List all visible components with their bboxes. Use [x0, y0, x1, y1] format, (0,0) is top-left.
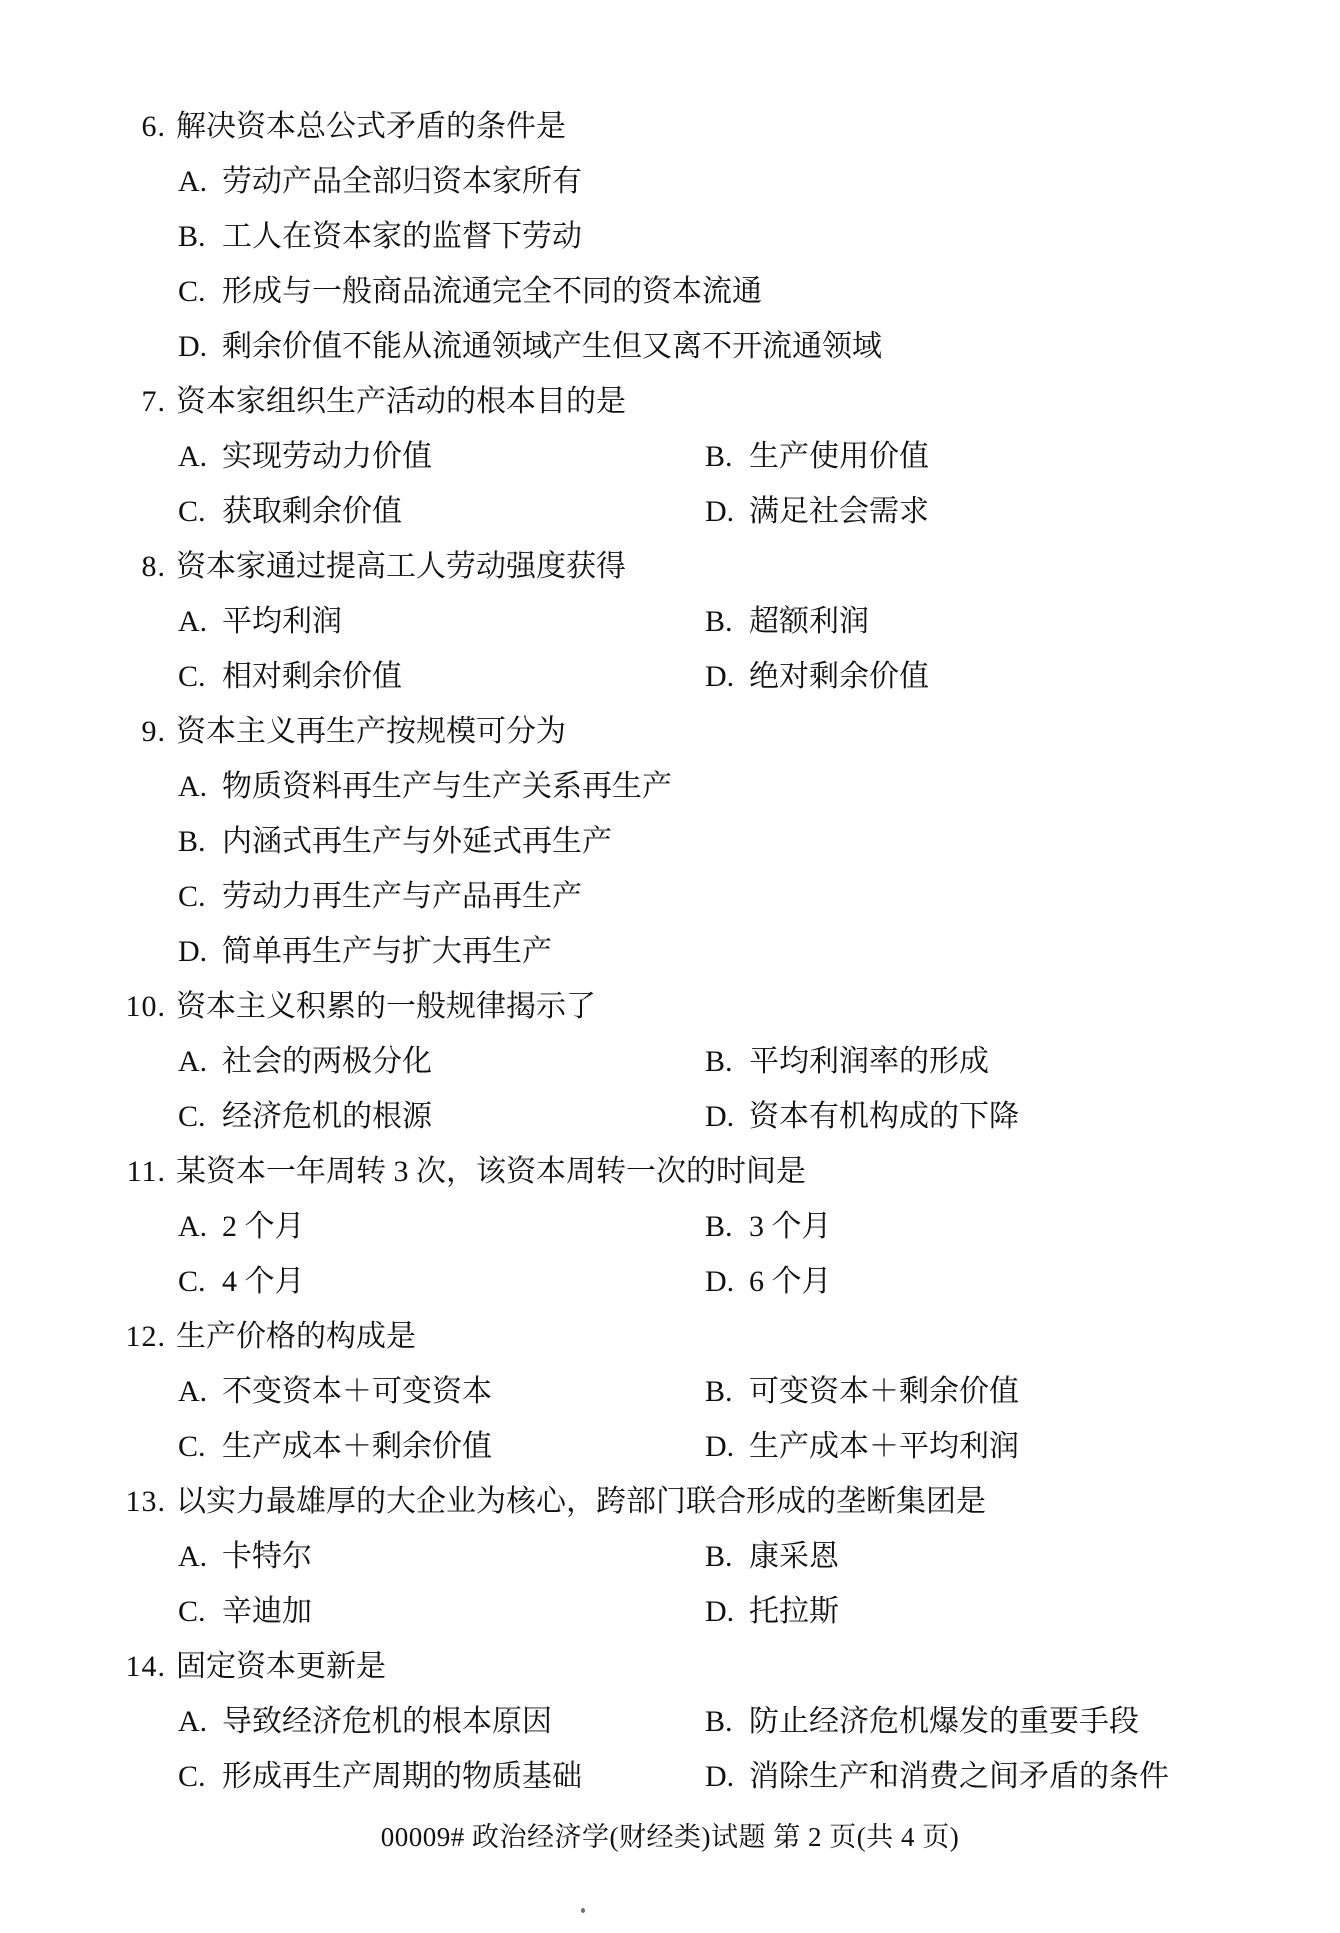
option-text: 生产成本＋剩余价值	[222, 1430, 492, 1464]
option-row: A. 劳动产品全部归资本家所有	[0, 165, 1340, 199]
option-row: A. 不变资本＋可变资本 B. 可变资本＋剩余价值	[0, 1375, 1340, 1409]
option-key: D.	[705, 1430, 749, 1464]
option-key: B.	[705, 1045, 749, 1079]
option-text: 社会的两极分化	[222, 1045, 432, 1079]
option-key: A.	[178, 1045, 222, 1079]
option-key: C.	[178, 495, 222, 529]
option-row: C. 4 个月 D. 6 个月	[0, 1265, 1340, 1299]
option-row: D. 简单再生产与扩大再生产	[0, 935, 1340, 969]
option-key: A.	[178, 1705, 222, 1739]
scan-speck	[581, 1908, 585, 1913]
question-stem: 12. 生产价格的构成是	[0, 1320, 1340, 1354]
option-text: 导致经济危机的根本原因	[222, 1705, 552, 1739]
option-9-c: C. 劳动力再生产与产品再生产	[178, 880, 582, 914]
option-10-b: B. 平均利润率的形成	[705, 1045, 1340, 1079]
option-text: 满足社会需求	[749, 495, 929, 529]
question-text: 解决资本总公式矛盾的条件是	[176, 110, 566, 144]
question-number: 11.	[0, 1155, 166, 1189]
option-key: A.	[178, 770, 222, 804]
option-6-c: C. 形成与一般商品流通完全不同的资本流通	[178, 275, 762, 309]
option-10-a: A. 社会的两极分化	[178, 1045, 705, 1079]
option-7-c: C. 获取剩余价值	[178, 495, 705, 529]
question-stem: 11. 某资本一年周转 3 次，该资本周转一次的时间是	[0, 1155, 1340, 1189]
option-12-d: D. 生产成本＋平均利润	[705, 1430, 1340, 1464]
option-8-c: C. 相对剩余价值	[178, 660, 705, 694]
option-key: A.	[178, 1540, 222, 1574]
option-row: D. 剩余价值不能从流通领域产生但又离不开流通领域	[0, 330, 1340, 364]
option-key: B.	[178, 825, 222, 859]
option-text: 超额利润	[749, 605, 869, 639]
question-text: 固定资本更新是	[176, 1650, 386, 1684]
option-10-d: D. 资本有机构成的下降	[705, 1100, 1340, 1134]
question-stem: 6. 解决资本总公式矛盾的条件是	[0, 110, 1340, 144]
option-row: C. 经济危机的根源 D. 资本有机构成的下降	[0, 1100, 1340, 1134]
option-row: B. 工人在资本家的监督下劳动	[0, 220, 1340, 254]
option-11-b: B. 3 个月	[705, 1210, 1340, 1244]
option-text: 物质资料再生产与生产关系再生产	[222, 770, 672, 804]
question-number: 6.	[0, 110, 166, 144]
option-text: 防止经济危机爆发的重要手段	[749, 1705, 1139, 1739]
option-key: A.	[178, 605, 222, 639]
option-14-d: D. 消除生产和消费之间矛盾的条件	[705, 1760, 1340, 1794]
option-12-b: B. 可变资本＋剩余价值	[705, 1375, 1340, 1409]
option-13-d: D. 托拉斯	[705, 1595, 1340, 1629]
option-text: 2 个月	[222, 1210, 305, 1244]
option-13-a: A. 卡特尔	[178, 1540, 705, 1574]
option-text: 资本有机构成的下降	[749, 1100, 1019, 1134]
option-text: 卡特尔	[222, 1540, 312, 1574]
option-text: 劳动产品全部归资本家所有	[222, 165, 582, 199]
option-key: D.	[705, 1100, 749, 1134]
option-key: B.	[705, 1705, 749, 1739]
question-stem: 7. 资本家组织生产活动的根本目的是	[0, 385, 1340, 419]
option-row: C. 获取剩余价值 D. 满足社会需求	[0, 495, 1340, 529]
option-row: C. 生产成本＋剩余价值 D. 生产成本＋平均利润	[0, 1430, 1340, 1464]
option-text: 劳动力再生产与产品再生产	[222, 880, 582, 914]
option-14-a: A. 导致经济危机的根本原因	[178, 1705, 705, 1739]
option-text: 康采恩	[749, 1540, 839, 1574]
option-key: D.	[705, 495, 749, 529]
option-key: C.	[178, 1595, 222, 1629]
option-11-a: A. 2 个月	[178, 1210, 705, 1244]
option-key: D.	[178, 935, 222, 969]
option-text: 经济危机的根源	[222, 1100, 432, 1134]
option-key: D.	[705, 1595, 749, 1629]
option-key: B.	[705, 1540, 749, 1574]
option-row: A. 社会的两极分化 B. 平均利润率的形成	[0, 1045, 1340, 1079]
option-key: C.	[178, 1265, 222, 1299]
option-row: A. 卡特尔 B. 康采恩	[0, 1540, 1340, 1574]
option-text: 辛迪加	[222, 1595, 312, 1629]
option-row: A. 2 个月 B. 3 个月	[0, 1210, 1340, 1244]
option-6-b: B. 工人在资本家的监督下劳动	[178, 220, 582, 254]
option-12-a: A. 不变资本＋可变资本	[178, 1375, 705, 1409]
option-key: D.	[178, 330, 222, 364]
question-number: 7.	[0, 385, 166, 419]
option-13-c: C. 辛迪加	[178, 1595, 705, 1629]
option-9-a: A. 物质资料再生产与生产关系再生产	[178, 770, 672, 804]
option-key: B.	[705, 605, 749, 639]
option-row: A. 物质资料再生产与生产关系再生产	[0, 770, 1340, 804]
option-key: C.	[178, 1430, 222, 1464]
option-11-d: D. 6 个月	[705, 1265, 1340, 1299]
option-text: 平均利润率的形成	[749, 1045, 989, 1079]
option-text: 平均利润	[222, 605, 342, 639]
exam-page: 6. 解决资本总公式矛盾的条件是 A. 劳动产品全部归资本家所有 B. 工人在资…	[0, 0, 1340, 1933]
question-text: 某资本一年周转 3 次，该资本周转一次的时间是	[176, 1155, 806, 1189]
question-text: 生产价格的构成是	[176, 1320, 416, 1354]
option-7-a: A. 实现劳动力价值	[178, 440, 705, 474]
option-text: 内涵式再生产与外延式再生产	[222, 825, 612, 859]
question-text: 资本主义积累的一般规律揭示了	[176, 990, 596, 1024]
option-text: 消除生产和消费之间矛盾的条件	[749, 1760, 1169, 1794]
option-key: C.	[178, 1100, 222, 1134]
option-key: A.	[178, 1375, 222, 1409]
option-text: 生产成本＋平均利润	[749, 1430, 1019, 1464]
question-number: 8.	[0, 550, 166, 584]
option-10-c: C. 经济危机的根源	[178, 1100, 705, 1134]
question-text: 资本主义再生产按规模可分为	[176, 715, 566, 749]
question-number: 10.	[0, 990, 166, 1024]
question-stem: 10. 资本主义积累的一般规律揭示了	[0, 990, 1340, 1024]
option-key: A.	[178, 1210, 222, 1244]
question-stem: 9. 资本主义再生产按规模可分为	[0, 715, 1340, 749]
question-number: 9.	[0, 715, 166, 749]
option-8-b: B. 超额利润	[705, 605, 1340, 639]
option-12-c: C. 生产成本＋剩余价值	[178, 1430, 705, 1464]
option-key: D.	[705, 1265, 749, 1299]
option-8-a: A. 平均利润	[178, 605, 705, 639]
option-text: 实现劳动力价值	[222, 440, 432, 474]
option-text: 可变资本＋剩余价值	[749, 1375, 1019, 1409]
option-key: C.	[178, 1760, 222, 1794]
option-text: 托拉斯	[749, 1595, 839, 1629]
option-row: B. 内涵式再生产与外延式再生产	[0, 825, 1340, 859]
option-text: 相对剩余价值	[222, 660, 402, 694]
option-9-d: D. 简单再生产与扩大再生产	[178, 935, 552, 969]
option-6-a: A. 劳动产品全部归资本家所有	[178, 165, 582, 199]
option-text: 4 个月	[222, 1265, 305, 1299]
option-text: 获取剩余价值	[222, 495, 402, 529]
question-number: 12.	[0, 1320, 166, 1354]
option-key: B.	[705, 1210, 749, 1244]
option-14-c: C. 形成再生产周期的物质基础	[178, 1760, 705, 1794]
option-key: D.	[705, 1760, 749, 1794]
option-row: C. 辛迪加 D. 托拉斯	[0, 1595, 1340, 1629]
option-14-b: B. 防止经济危机爆发的重要手段	[705, 1705, 1340, 1739]
option-row: C. 形成与一般商品流通完全不同的资本流通	[0, 275, 1340, 309]
option-text: 3 个月	[749, 1210, 832, 1244]
question-text: 以实力最雄厚的大企业为核心，跨部门联合形成的垄断集团是	[176, 1485, 986, 1519]
option-13-b: B. 康采恩	[705, 1540, 1340, 1574]
option-11-c: C. 4 个月	[178, 1265, 705, 1299]
option-key: C.	[178, 880, 222, 914]
option-text: 形成与一般商品流通完全不同的资本流通	[222, 275, 762, 309]
option-key: B.	[705, 1375, 749, 1409]
option-text: 6 个月	[749, 1265, 832, 1299]
option-row: C. 相对剩余价值 D. 绝对剩余价值	[0, 660, 1340, 694]
option-text: 剩余价值不能从流通领域产生但又离不开流通领域	[222, 330, 882, 364]
option-7-b: B. 生产使用价值	[705, 440, 1340, 474]
option-6-d: D. 剩余价值不能从流通领域产生但又离不开流通领域	[178, 330, 882, 364]
option-row: A. 导致经济危机的根本原因 B. 防止经济危机爆发的重要手段	[0, 1705, 1340, 1739]
option-9-b: B. 内涵式再生产与外延式再生产	[178, 825, 612, 859]
question-stem: 8. 资本家通过提高工人劳动强度获得	[0, 550, 1340, 584]
option-text: 形成再生产周期的物质基础	[222, 1760, 582, 1794]
question-number: 13.	[0, 1485, 166, 1519]
question-stem: 14. 固定资本更新是	[0, 1650, 1340, 1684]
option-row: C. 劳动力再生产与产品再生产	[0, 880, 1340, 914]
option-text: 简单再生产与扩大再生产	[222, 935, 552, 969]
option-7-d: D. 满足社会需求	[705, 495, 1340, 529]
option-row: A. 实现劳动力价值 B. 生产使用价值	[0, 440, 1340, 474]
option-text: 绝对剩余价值	[749, 660, 929, 694]
option-text: 工人在资本家的监督下劳动	[222, 220, 582, 254]
page-footer: 00009# 政治经济学(财经类)试题 第 2 页(共 4 页)	[0, 1820, 1340, 1854]
option-row: A. 平均利润 B. 超额利润	[0, 605, 1340, 639]
question-stem: 13. 以实力最雄厚的大企业为核心，跨部门联合形成的垄断集团是	[0, 1485, 1340, 1519]
option-key: B.	[178, 220, 222, 254]
option-text: 生产使用价值	[749, 440, 929, 474]
option-key: C.	[178, 275, 222, 309]
question-text: 资本家通过提高工人劳动强度获得	[176, 550, 626, 584]
option-key: A.	[178, 165, 222, 199]
option-key: D.	[705, 660, 749, 694]
option-key: A.	[178, 440, 222, 474]
option-text: 不变资本＋可变资本	[222, 1375, 492, 1409]
question-text: 资本家组织生产活动的根本目的是	[176, 385, 626, 419]
option-row: C. 形成再生产周期的物质基础 D. 消除生产和消费之间矛盾的条件	[0, 1760, 1340, 1794]
option-8-d: D. 绝对剩余价值	[705, 660, 1340, 694]
option-key: B.	[705, 440, 749, 474]
option-key: C.	[178, 660, 222, 694]
question-number: 14.	[0, 1650, 166, 1684]
